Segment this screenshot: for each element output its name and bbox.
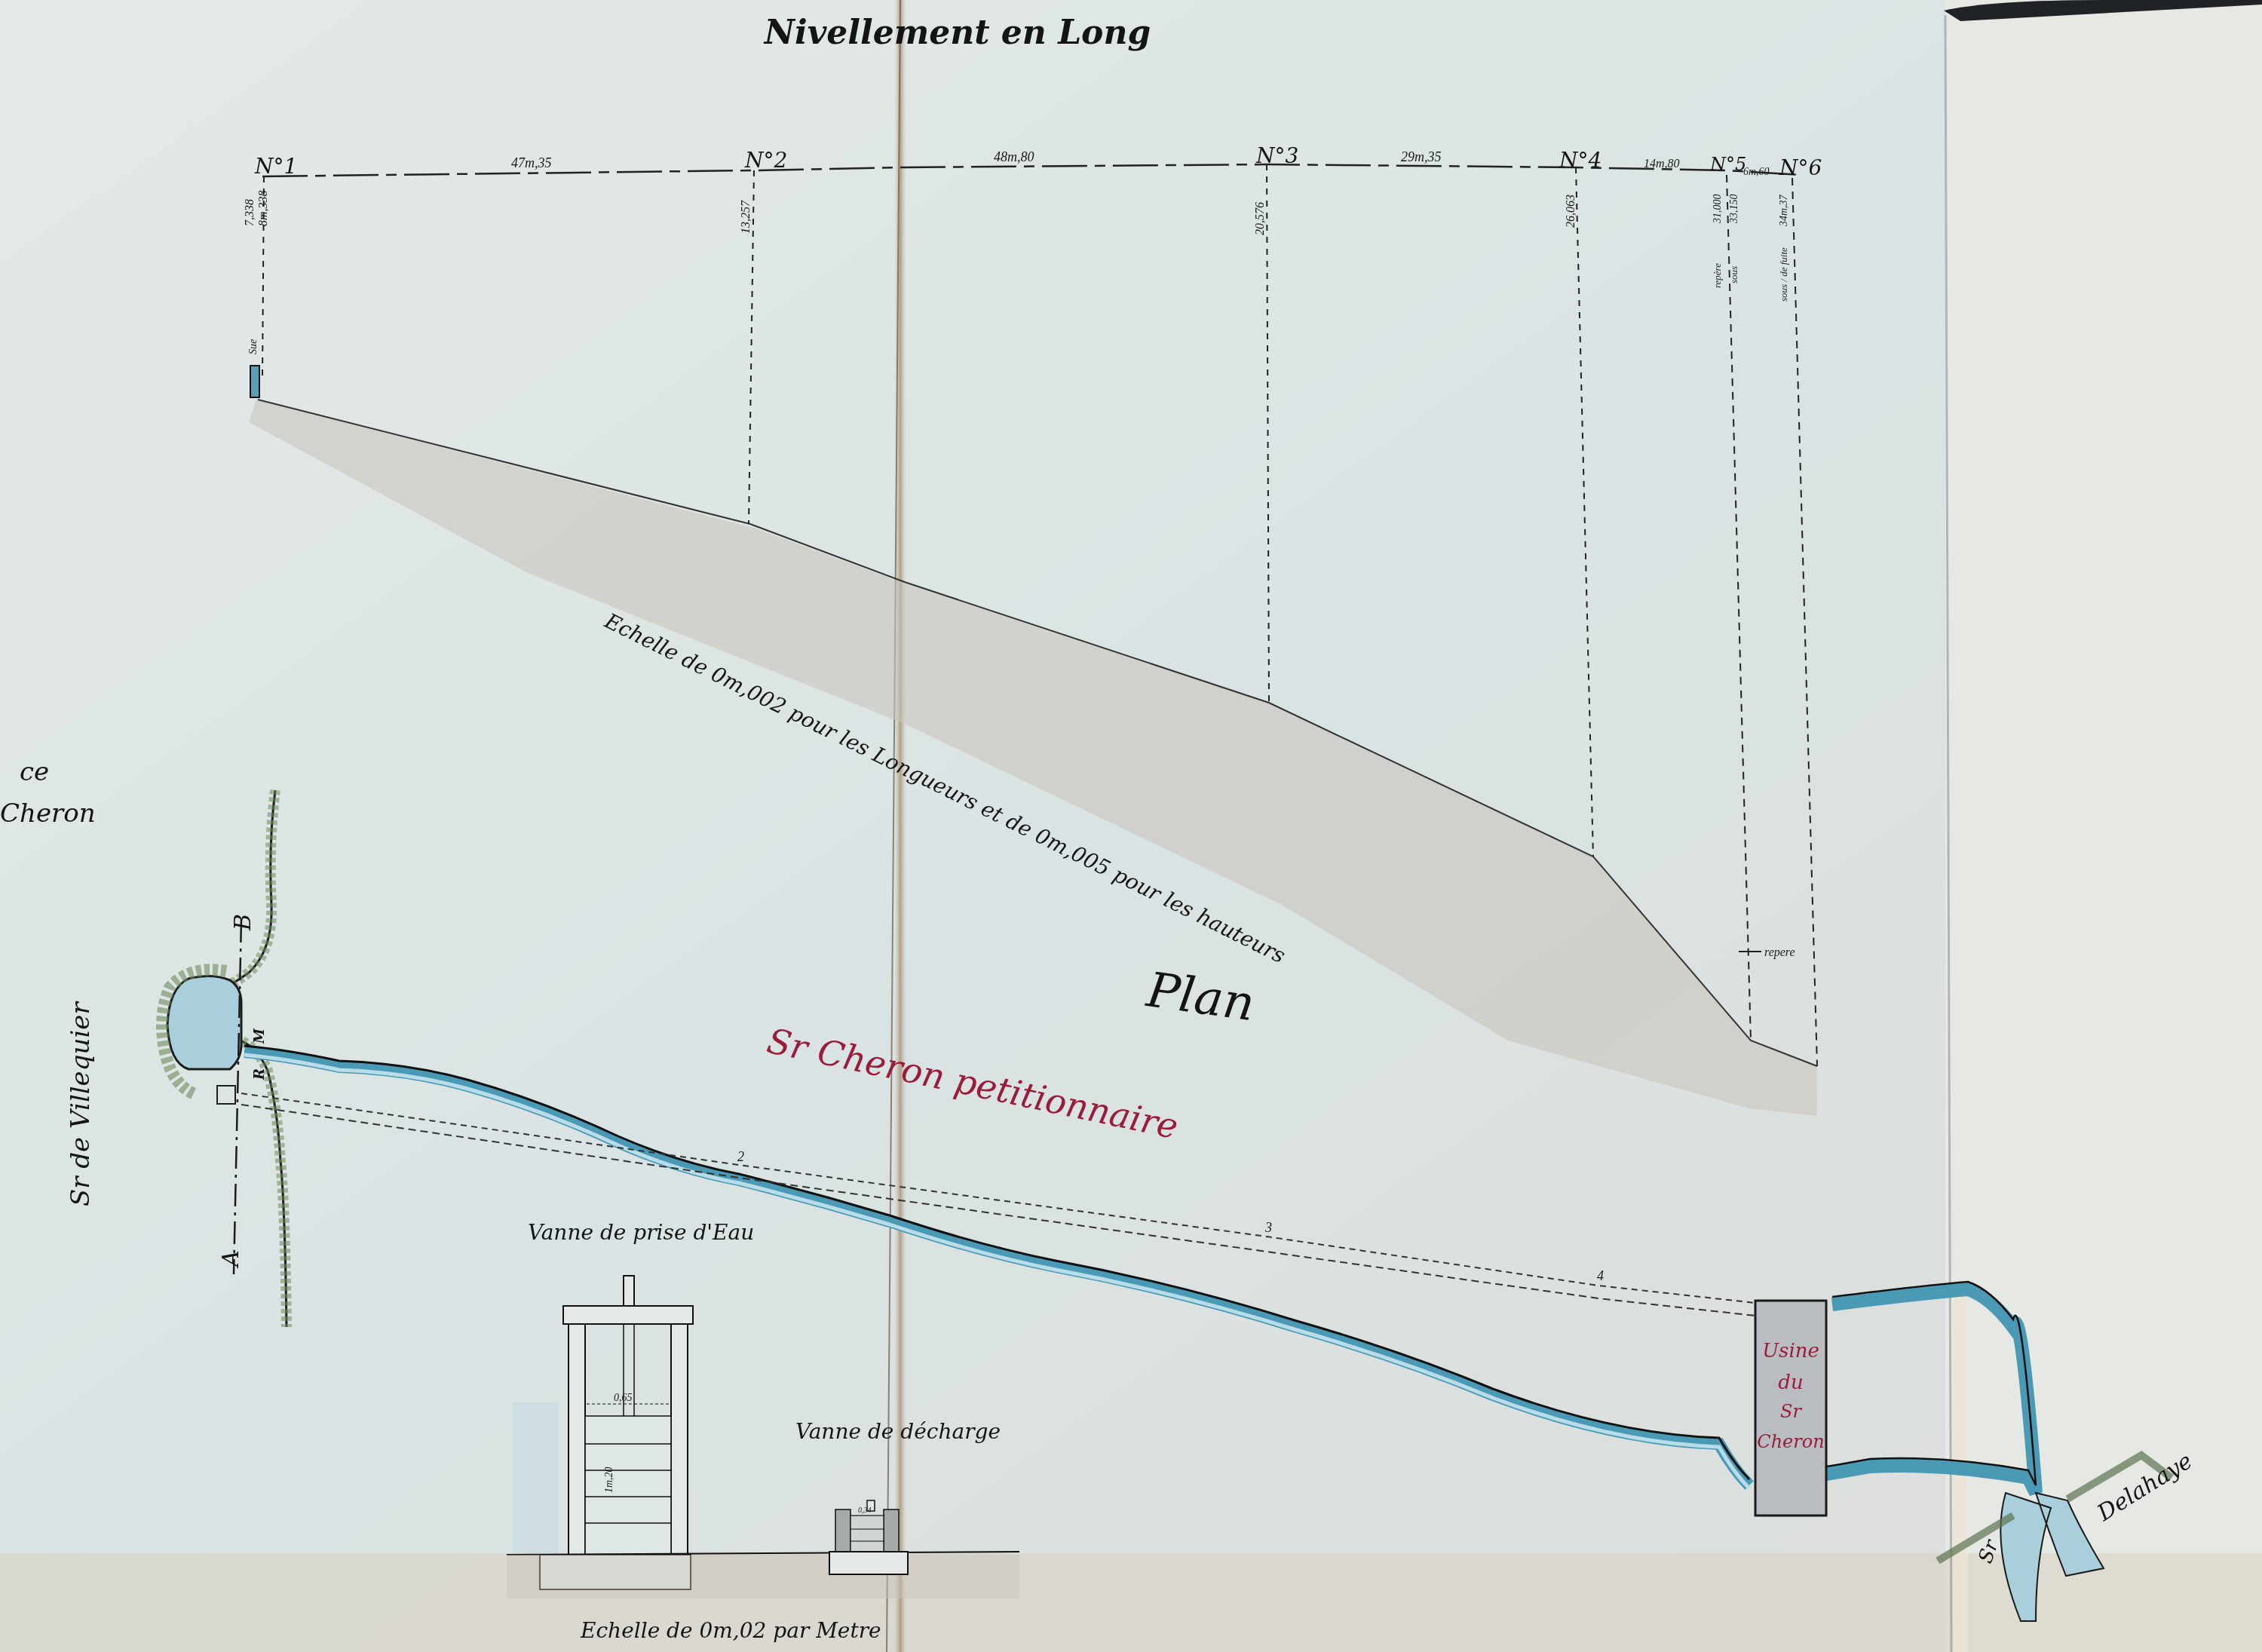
section-marker-b: B [230,914,256,931]
station-5-note-a: repère [1712,263,1723,288]
station-4-label: N°4 [1559,148,1601,173]
benchmark-label: repere [1764,946,1795,959]
intake-mark-m: M [252,1028,268,1044]
document-title: Nivellement en Long [763,14,1151,52]
gate-ground-wash [507,1555,1019,1598]
channel-point-4: 4 [1597,1268,1604,1283]
station-2-height: 13,257 [740,200,752,234]
station-1-height-bottom: 8m,338 [257,190,270,226]
station-4-height: 26,063 [1565,195,1577,228]
distance-4-5: 14m,80 [1644,158,1680,170]
mill-label-line-1: Usine [1762,1340,1819,1362]
channel-point-2: 2 [737,1149,744,1164]
left-margin-text-2: Cheron [0,798,96,829]
survey-plan-sheet: Nivellement en Long repere N°1 N°2 N°3 N… [0,0,2262,1652]
station-2-label: N°2 [744,148,787,173]
gate-scale-note: Echelle de 0m,02 par Metre [580,1618,881,1643]
station-1-note: Sue [248,339,259,354]
station-6-height: 34m,37 [1779,194,1790,227]
station-6-label: N°6 [1779,155,1822,180]
station-6-note: sous / de fuite [1778,247,1789,302]
station-1-marker [250,366,259,397]
intake-pond [167,976,241,1069]
discharge-gate-title: Vanne de décharge [795,1419,1001,1444]
section-marker-a: A [218,1250,244,1269]
intake-gate-title: Vanne de prise d'Eau [528,1220,754,1245]
distance-3-4: 29m,35 [1401,149,1442,164]
mill-label-line-4: Cheron [1757,1431,1824,1452]
distance-1-2: 47m,35 [511,155,552,170]
center-fold [894,0,906,1652]
distance-2-3: 48m,80 [994,149,1034,164]
mill-label-line-3: Sr [1780,1401,1802,1422]
station-5-label: N°5 [1709,154,1746,175]
mill-label-line-2: du [1778,1372,1803,1394]
station-3-label: N°3 [1255,143,1298,168]
intake-gate-width: 0,65 [614,1393,633,1404]
villequier-label: Sr de Villequier [66,1001,96,1206]
left-margin-text-1: ce [20,757,49,787]
station-5-note-b: sous [1728,266,1739,284]
intake-mark-r: R [252,1068,268,1080]
bottom-edge-stain [0,1553,2262,1652]
station-5-height-a: 31,000 [1712,195,1724,225]
station-1-label: N°1 [254,154,297,179]
right-fold-panel [1945,0,2262,1652]
distance-5-6: 6m,60 [1743,167,1770,178]
station-5-height-b: 33,150 [1729,195,1740,225]
channel-point-3: 3 [1264,1220,1272,1235]
station-3-height: 20,576 [1254,202,1267,235]
intake-gate-height: 1m,20 [604,1467,615,1493]
discharge-gate-width: 0,34 [858,1506,872,1515]
station-1-height-top: 7,338 [244,199,256,226]
